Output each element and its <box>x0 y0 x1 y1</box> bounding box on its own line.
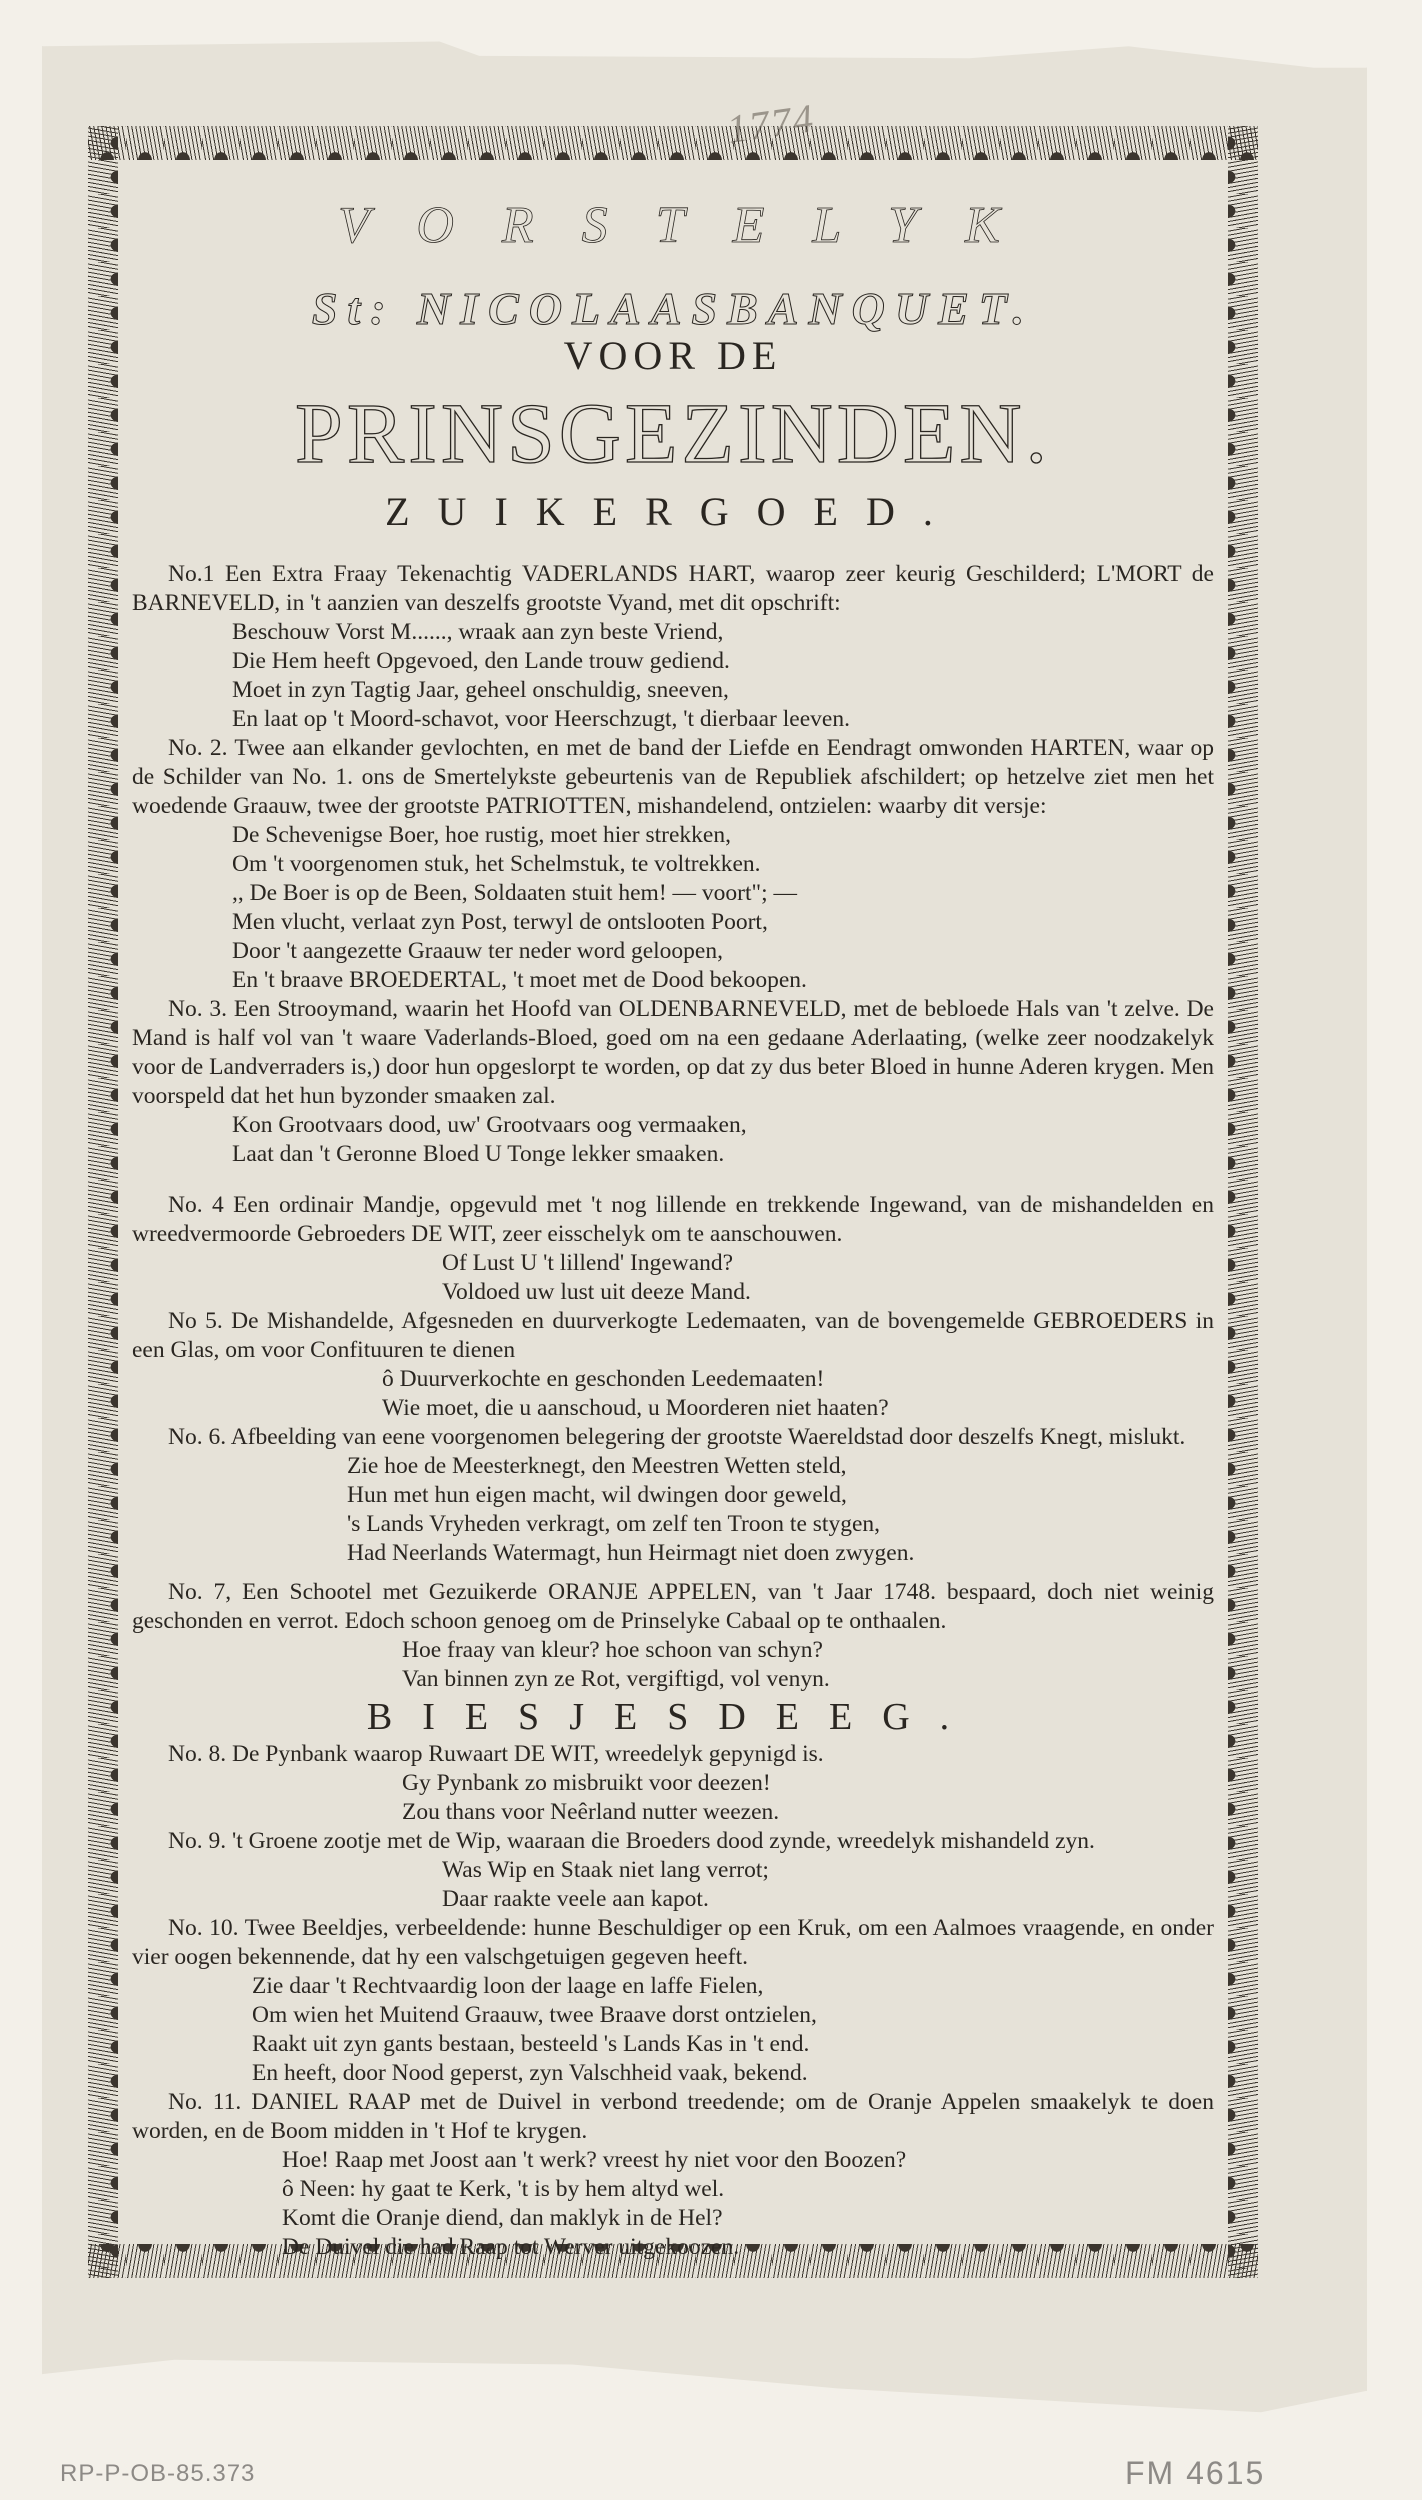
verse-line: En 't braave BROEDERTAL, 't moet met de … <box>132 966 1214 995</box>
verse-line: Voldoed uw lust uit deeze Mand. <box>132 1278 1214 1307</box>
verse-line: Men vlucht, verlaat zyn Post, terwyl de … <box>132 908 1214 937</box>
verse-line: Zie hoe de Meesterknegt, den Meestren We… <box>132 1452 1214 1481</box>
item-2: No. 2. Twee aan elkander gevlochten, en … <box>132 734 1214 821</box>
verse-line: Om 't voorgenomen stuk, het Schelmstuk, … <box>132 850 1214 879</box>
section-heading-zuikergoed: ZUIKERGOED. <box>132 492 1214 532</box>
verse-line: Zie daar 't Rechtvaardig loon der laage … <box>132 1972 1214 2001</box>
verse-line: ô Duurverkochte en geschonden Leedemaate… <box>132 1365 1214 1394</box>
verse-line: Daar raakte veele aan kapot. <box>132 1885 1214 1914</box>
verse-line: Van binnen zyn ze Rot, vergiftigd, vol v… <box>132 1665 1214 1694</box>
title-prinsgezinden: PRINSGEZINDEN. <box>132 390 1214 476</box>
item-8: No. 8. De Pynbank waarop Ruwaart DE WIT,… <box>132 1740 1214 1769</box>
item-1: No.1 Een Extra Fraay Tekenachtig VADERLA… <box>132 560 1214 618</box>
title-nicolaasbanquet: St: NICOLAASBANQUET. <box>132 286 1214 332</box>
verse-line: Beschouw Vorst M......, wraak aan zyn be… <box>132 618 1214 647</box>
ornament-border-left <box>88 126 118 2278</box>
verse-line: Om wien het Muitend Graauw, twee Braave … <box>132 2001 1214 2030</box>
verse-line: ,, De Boer is op de Been, Soldaaten stui… <box>132 879 1214 908</box>
verse-line: Hun met hun eigen macht, wil dwingen doo… <box>132 1481 1214 1510</box>
item-6: No. 6. Afbeelding van eene voorgenomen b… <box>132 1423 1214 1452</box>
verse-line: Die Hem heeft Opgevoed, den Lande trouw … <box>132 647 1214 676</box>
verse-line: Zou thans voor Neêrland nutter weezen. <box>132 1798 1214 1827</box>
title-vorstelyk: VORSTELYK <box>172 200 1214 252</box>
verse-line: De Duivel die had Raap tot Werver uitgek… <box>132 2233 1214 2262</box>
verse-line: Gy Pynbank zo misbruikt voor deezen! <box>132 1769 1214 1798</box>
verse-line: Kon Grootvaars dood, uw' Grootvaars oog … <box>132 1111 1214 1140</box>
ornament-border-top <box>88 126 1258 160</box>
verse-line: En laat op 't Moord-schavot, voor Heersc… <box>132 705 1214 734</box>
item-9: No. 9. 't Groene zootje met de Wip, waar… <box>132 1827 1214 1856</box>
verse-line: Of Lust U 't lillend' Ingewand? <box>132 1249 1214 1278</box>
item-7: No. 7, Een Schootel met Gezuikerde ORANJ… <box>132 1578 1214 1636</box>
verse-line: 's Lands Vryheden verkragt, om zelf ten … <box>132 1510 1214 1539</box>
verse-line: De Schevenigse Boer, hoe rustig, moet hi… <box>132 821 1214 850</box>
ornamental-frame: VORSTELYK St: NICOLAASBANQUET. VOOR DE P… <box>88 126 1258 2278</box>
item-11: No. 11. DANIEL RAAP met de Duivel in ver… <box>132 2088 1214 2146</box>
fm-catalog-number: FM 4615 <box>1125 2455 1265 2492</box>
accession-number: RP-P-OB-85.373 <box>60 2460 255 2488</box>
item-5: No 5. De Mishandelde, Afgesneden en duur… <box>132 1307 1214 1365</box>
verse-line: Moet in zyn Tagtig Jaar, geheel onschuld… <box>132 676 1214 705</box>
verse-line: En heeft, door Nood geperst, zyn Valschh… <box>132 2059 1214 2088</box>
broadside-content: VORSTELYK St: NICOLAASBANQUET. VOOR DE P… <box>132 174 1214 2262</box>
verse-line: Was Wip en Staak niet lang verrot; <box>132 1856 1214 1885</box>
section-heading-biesjesdeeg: BIESJESDEEG. <box>132 1698 1214 1738</box>
title-voor-de: VOOR DE <box>132 336 1214 376</box>
verse-line: Had Neerlands Watermagt, hun Heirmagt ni… <box>132 1539 1214 1568</box>
verse-line: Hoe! Raap met Joost aan 't werk? vreest … <box>132 2146 1214 2175</box>
verse-line: Raakt uit zyn gants bestaan, besteeld 's… <box>132 2030 1214 2059</box>
verse-line: Door 't aangezette Graauw ter neder word… <box>132 937 1214 966</box>
verse-line: Komt die Oranje diend, dan maklyk in de … <box>132 2204 1214 2233</box>
verse-line: ô Neen: hy gaat te Kerk, 't is by hem al… <box>132 2175 1214 2204</box>
verse-line: Hoe fraay van kleur? hoe schoon van schy… <box>132 1636 1214 1665</box>
ornament-border-right <box>1228 126 1258 2278</box>
item-3: No. 3. Een Strooymand, waarin het Hoofd … <box>132 995 1214 1111</box>
item-10: No. 10. Twee Beeldjes, verbeeldende: hun… <box>132 1914 1214 1972</box>
verse-line: Laat dan 't Geronne Bloed U Tonge lekker… <box>132 1140 1214 1169</box>
broadside-sheet: 1774 VORSTELYK St: NICOLAASBANQUET. VOOR… <box>42 32 1367 2417</box>
verse-line: Wie moet, die u aanschoud, u Moorderen n… <box>132 1394 1214 1423</box>
item-4: No. 4 Een ordinair Mandje, opgevuld met … <box>132 1191 1214 1249</box>
